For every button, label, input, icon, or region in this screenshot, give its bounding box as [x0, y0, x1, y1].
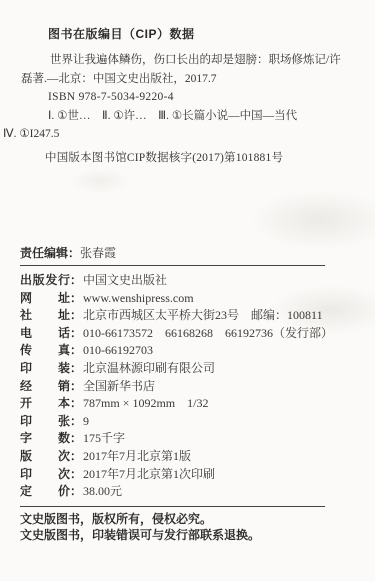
cip-block: 世界让我遍体鳞伤，伤口长出的却是翅膀：职场修炼记/许 磊著.—北京：中国文史出版… — [0, 51, 341, 144]
colophon-value: 中国文史出版社 — [82, 273, 167, 287]
colophon-label: 电话 — [20, 325, 70, 343]
scan-artifact — [250, 190, 375, 250]
colophon-label: 印张 — [20, 413, 70, 431]
colon: ： — [70, 484, 82, 498]
colon: ： — [70, 431, 82, 445]
colophon-row: 出版发行：中国文史出版社 — [20, 271, 333, 289]
colophon-row: 字数：175千字 — [20, 429, 333, 447]
colophon-value: 175千字 — [82, 431, 125, 445]
colophon-row: 社址：北京市西城区太平桥大街23号 邮编：100811 — [20, 306, 333, 324]
colophon-label: 经销 — [20, 378, 70, 396]
colophon-row: 印次：2017年7月北京第1次印刷 — [20, 465, 333, 483]
colophon-value: 010-66173572 66168268 66192736（发行部） — [82, 326, 333, 340]
colophon-label: 印次 — [20, 466, 70, 484]
colophon-value: 北京市西城区太平桥大街23号 邮编：100811 — [82, 308, 323, 322]
colophon-value: 2017年7月北京第1版 — [82, 449, 191, 463]
colophon-label: 传真 — [20, 342, 70, 360]
colon: ： — [70, 379, 82, 393]
colophon-list: 出版发行：中国文史出版社 网址：www.wenshipress.com 社址：北… — [20, 271, 333, 500]
colophon-row: 网址：www.wenshipress.com — [20, 289, 333, 307]
isbn-line: ISBN 978-7-5034-9220-4 — [0, 88, 341, 107]
colophon-value: 787mm × 1092mm 1/32 — [82, 396, 208, 410]
colon: ： — [70, 273, 82, 287]
colophon-label: 网址 — [20, 290, 70, 308]
divider-bottom — [20, 506, 325, 507]
colophon-value: www.wenshipress.com — [82, 291, 194, 305]
colon: ： — [70, 343, 82, 357]
editor-label: 责任编辑 — [20, 246, 68, 260]
colophon-label: 开本 — [20, 395, 70, 413]
colophon-value: 010-66192703 — [82, 343, 153, 357]
colon: ： — [70, 414, 82, 428]
colophon-row: 版次：2017年7月北京第1版 — [20, 447, 333, 465]
colophon-value: 2017年7月北京第1次印刷 — [82, 467, 215, 481]
colophon-label: 社址 — [20, 307, 70, 325]
colophon-row: 传真：010-66192703 — [20, 341, 333, 359]
cip-line: 世界让我遍体鳞伤，伤口长出的却是翅膀：职场修炼记/许 — [0, 51, 341, 70]
colophon-label: 印装 — [20, 360, 70, 378]
colon: ： — [68, 246, 80, 260]
cip-classification-line: Ⅰ. ①世… Ⅱ. ①许… Ⅲ. ①长篇小说—中国—当代 — [0, 107, 341, 126]
colophon-row: 印装：北京温林源印刷有限公司 — [20, 359, 333, 377]
colophon-row: 电话：010-66173572 66168268 66192736（发行部） — [20, 324, 333, 342]
cip-line: 磊著.—北京：中国文史出版社，2017.7 — [0, 70, 341, 89]
colophon-label: 定价 — [20, 483, 70, 501]
copyright-notices: 文史版图书，版权所有，侵权必究。 文史版图书，印装错误可与发行部联系退换。 — [20, 511, 260, 544]
colophon-label: 字数 — [20, 430, 70, 448]
editor-row: 责任编辑：张春霞 — [20, 244, 116, 261]
colophon-row: 经销：全国新华书店 — [20, 377, 333, 395]
notice-line: 文史版图书，版权所有，侵权必究。 — [20, 511, 260, 527]
colophon-row: 定价：38.00元 — [20, 482, 333, 500]
colon: ： — [70, 326, 82, 340]
colophon-label: 版次 — [20, 448, 70, 466]
colon: ： — [70, 308, 82, 322]
colon: ： — [70, 449, 82, 463]
colophon-value: 北京温林源印刷有限公司 — [82, 361, 215, 375]
colophon-value: 9 — [82, 414, 89, 428]
editor-name: 张春霞 — [80, 246, 116, 260]
colon: ： — [70, 291, 82, 305]
colon: ： — [70, 467, 82, 481]
cip-classification-line: Ⅳ. ①I247.5 — [0, 125, 341, 144]
scan-artifact — [70, 168, 130, 194]
colophon-value: 38.00元 — [82, 484, 122, 498]
divider-top — [20, 265, 325, 266]
cip-heading: 图书在版编目（CIP）数据 — [48, 25, 195, 42]
colophon-label: 出版发行 — [20, 272, 70, 290]
colophon-row: 印张：9 — [20, 412, 333, 430]
colon: ： — [70, 396, 82, 410]
cip-registry: 中国版本图书馆CIP数据核字(2017)第101881号 — [45, 149, 283, 165]
colophon-value: 全国新华书店 — [82, 379, 155, 393]
colophon-row: 开本：787mm × 1092mm 1/32 — [20, 394, 333, 412]
colon: ： — [70, 361, 82, 375]
notice-line: 文史版图书，印装错误可与发行部联系退换。 — [20, 527, 260, 543]
